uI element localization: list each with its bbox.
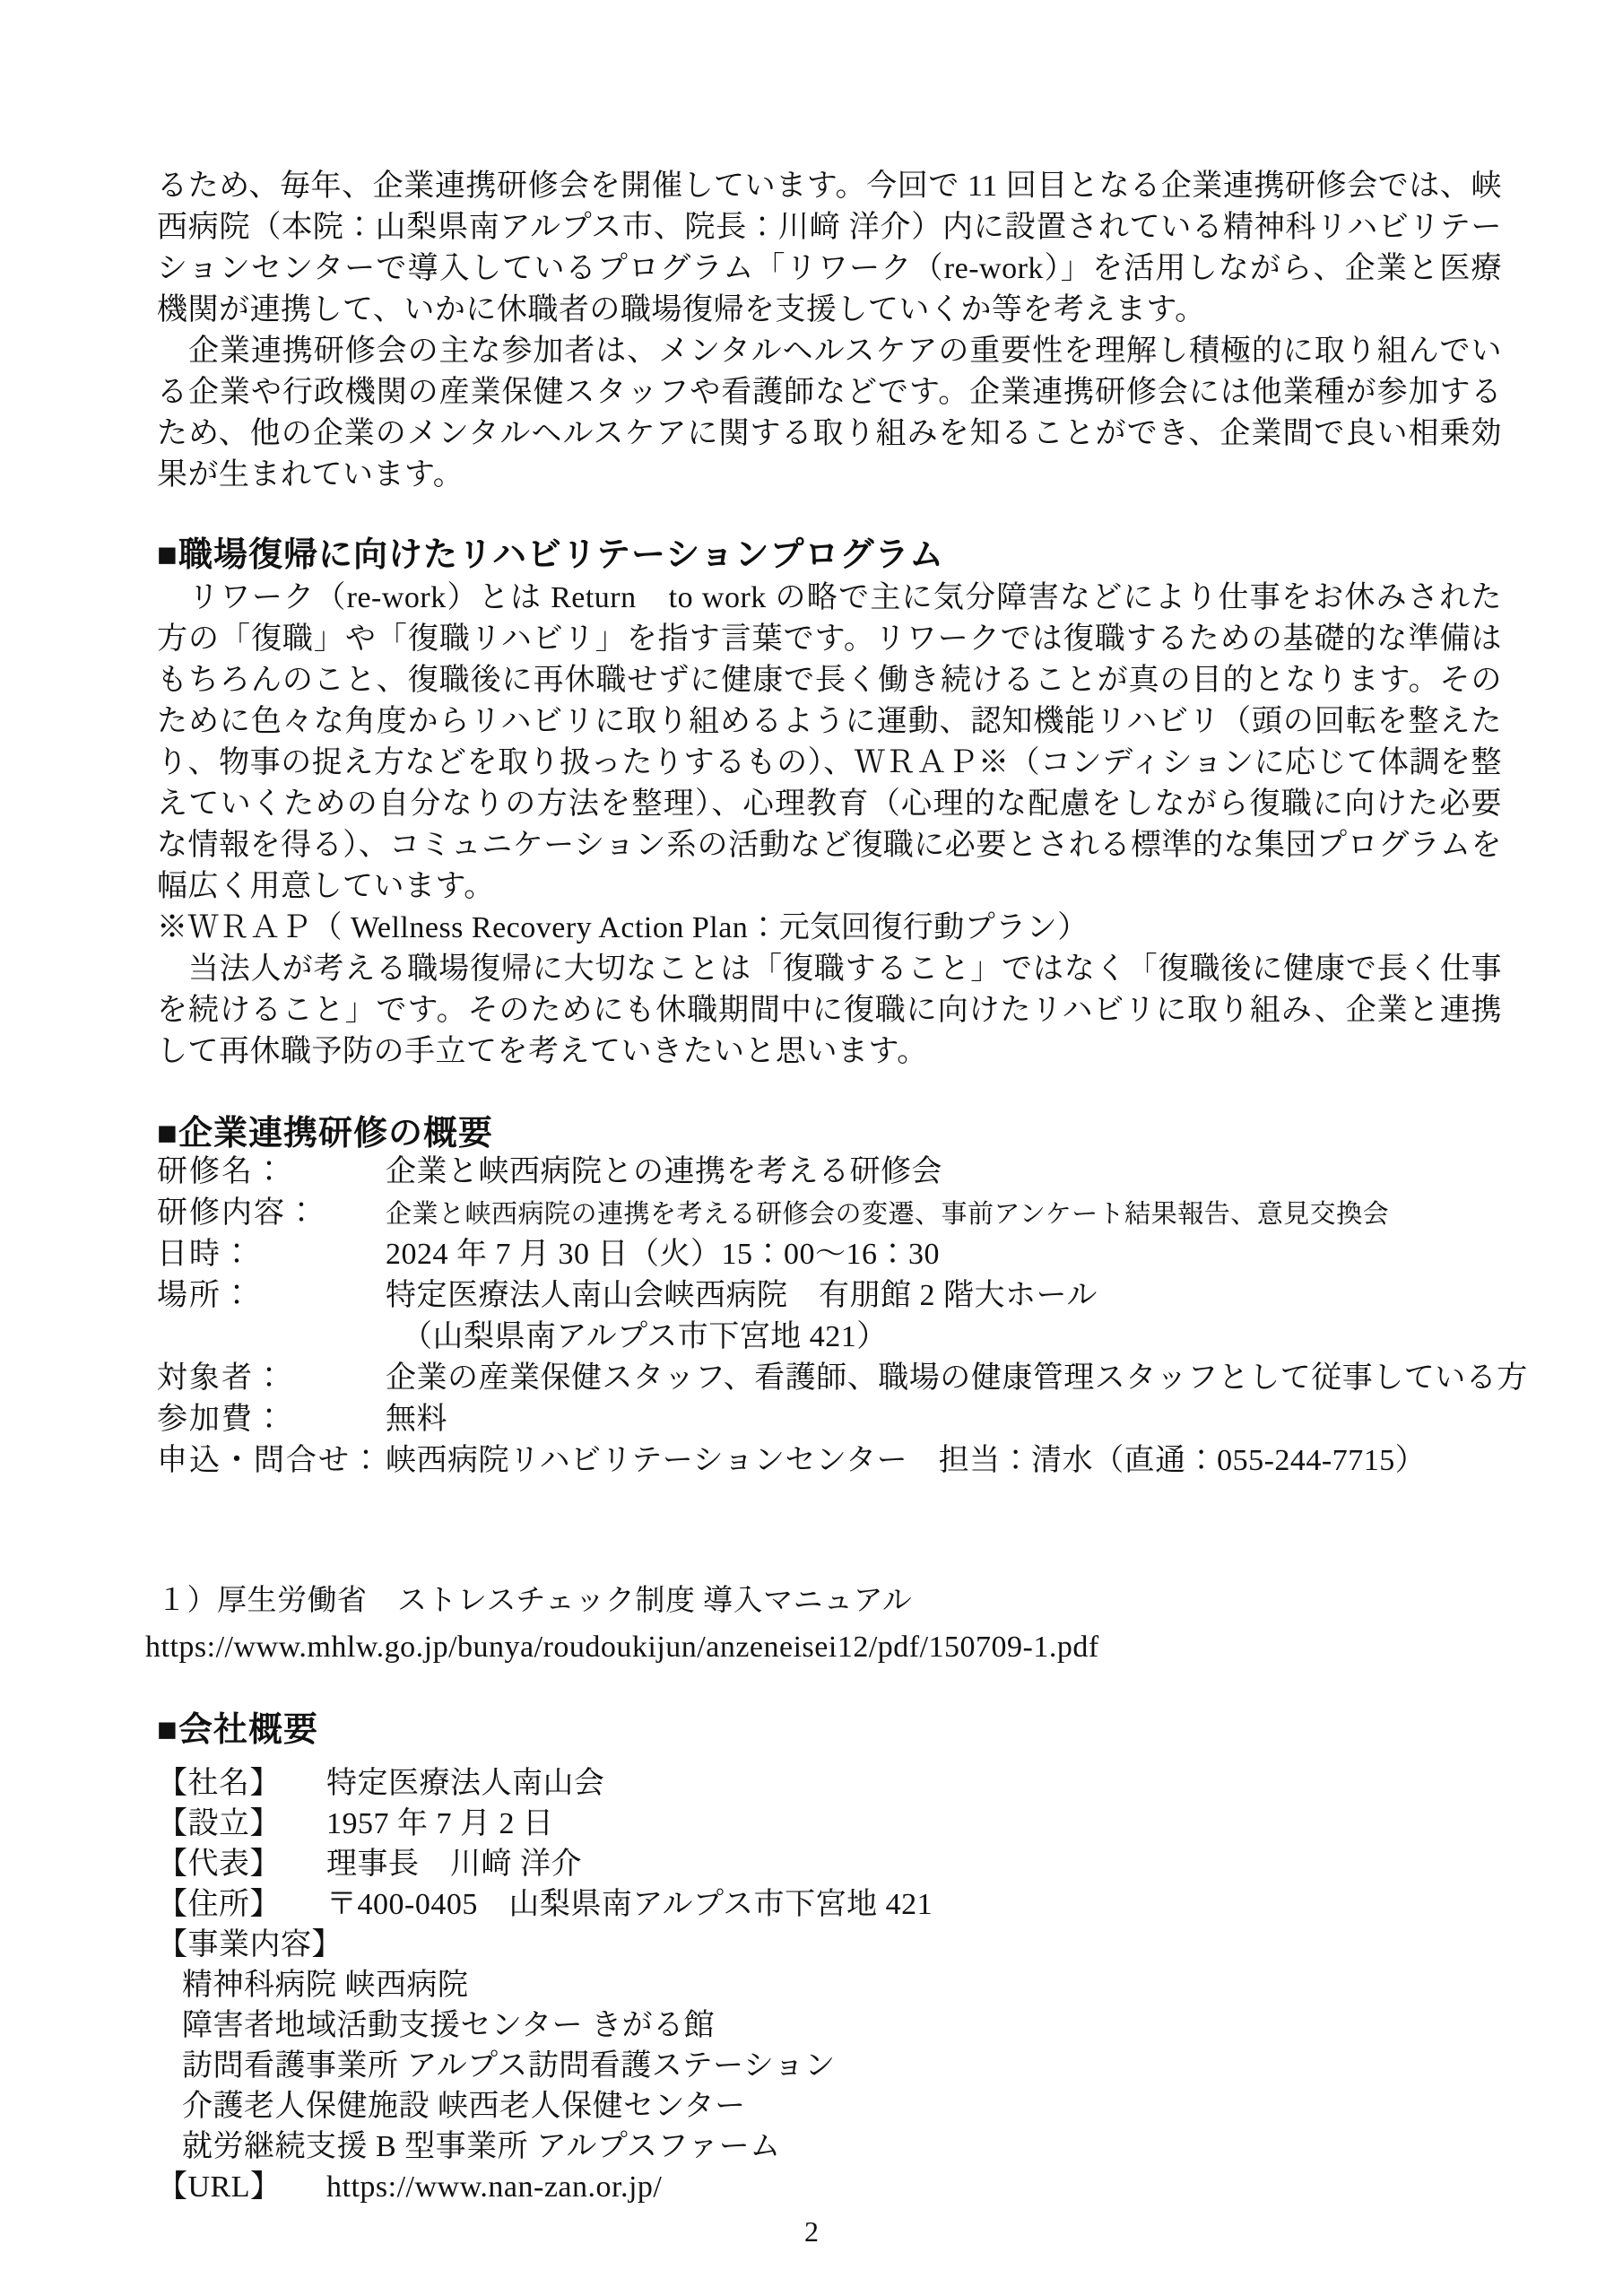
business-item-visiting-nurse: 訪問看護事業所 アルプス訪問看護ステーション <box>157 2046 1502 2086</box>
business-item-farm: 就労継続支援 B 型事業所 アルプスファーム <box>157 2126 1502 2167</box>
company-row-url: 【URL】 https://www.nan-zan.or.jp/ <box>157 2167 1502 2207</box>
company-row-founded: 【設立】 1957 年 7 月 2 日 <box>157 1804 1502 1844</box>
business-item-elderly-care: 介護老人保健施設 峡西老人保健センター <box>157 2086 1502 2126</box>
company-url-link[interactable]: https://www.nan-zan.or.jp/ <box>326 2167 662 2207</box>
overview-row-datetime: 日時： 2024 年 7 月 30 日（火）15：00～16：30 <box>157 1234 1502 1275</box>
overview-label: 申込・問合せ： <box>157 1440 386 1482</box>
overview-label: 参加費： <box>157 1399 386 1440</box>
paragraph-rework-1: リワーク（re‐work）とは Return to work の略で主に気分障害… <box>157 578 1502 908</box>
overview-label: 日時： <box>157 1234 386 1275</box>
overview-row-fee: 参加費： 無料 <box>157 1399 1502 1440</box>
section-heading-company-profile: ■会社概要 <box>157 1709 1502 1752</box>
company-profile-list: 【社名】 特定医療法人南山会 【設立】 1957 年 7 月 2 日 【代表】 … <box>157 1763 1502 2207</box>
overview-row-place-address: （山梨県南アルプス市下宮地 421） <box>157 1317 1502 1358</box>
footnote-url-link[interactable]: https://www.mhlw.go.jp/bunya/roudoukijun… <box>145 1627 1490 1668</box>
company-row-name: 【社名】 特定医療法人南山会 <box>157 1763 1502 1804</box>
overview-value: 企業と峡西病院の連携を考える研修会の変遷、事前アンケート結果報告、意見交換会 <box>386 1194 1389 1235</box>
company-value: 1957 年 7 月 2 日 <box>326 1804 554 1844</box>
overview-value: 2024 年 7 月 30 日（火）15：00～16：30 <box>386 1234 940 1275</box>
company-label: 【事業内容】 <box>157 1925 343 1965</box>
company-label: 【URL】 <box>157 2167 326 2207</box>
company-value: 特定医療法人南山会 <box>326 1763 605 1804</box>
company-row-representative: 【代表】 理事長 川﨑 洋介 <box>157 1844 1502 1884</box>
company-label: 【代表】 <box>157 1844 326 1884</box>
wrap-footnote-line: ※ＷＲＡＰ（ Wellness Recovery Action Plan：元気回… <box>157 908 1502 949</box>
overview-row-contact: 申込・問合せ： 峡西病院リハビリテーションセンター 担当：清水（直通：055-2… <box>157 1440 1502 1482</box>
paragraph-intro-2: 企業連携研修会の主な参加者は、メンタルヘルスケアの重要性を理解し積極的に取り組ん… <box>157 331 1502 496</box>
overview-row-training-content: 研修内容： 企業と峡西病院の連携を考える研修会の変遷、事前アンケート結果報告、意… <box>157 1193 1502 1234</box>
overview-row-target: 対象者： 企業の産業保健スタッフ、看護師、職場の健康管理スタッフとして従事してい… <box>157 1358 1502 1399</box>
overview-label: 研修名： <box>157 1152 386 1193</box>
page-number: 2 <box>0 2213 1623 2249</box>
business-item-hospital: 精神科病院 峡西病院 <box>157 1965 1502 2005</box>
intro-paragraphs: るため、毎年、企業連携研修会を開催しています。今回で 11 回目となる企業連携研… <box>157 166 1502 496</box>
overview-value: 峡西病院リハビリテーションセンター 担当：清水（直通：055-244-7715） <box>386 1440 1426 1482</box>
company-label: 【住所】 <box>157 1884 326 1925</box>
overview-value: 特定医療法人南山会峡西病院 有朋館 2 階大ホール <box>386 1275 1098 1317</box>
company-value: 〒400-0405 山梨県南アルプス市下宮地 421 <box>326 1884 933 1925</box>
section-heading-rework-program: ■職場復帰に向けたリハビリテーションプログラム <box>157 534 1502 577</box>
company-row-address: 【住所】 〒400-0405 山梨県南アルプス市下宮地 421 <box>157 1884 1502 1925</box>
company-row-business-header: 【事業内容】 <box>157 1925 1502 1965</box>
company-label: 【設立】 <box>157 1804 326 1844</box>
overview-value: 無料 <box>386 1399 447 1440</box>
overview-label: 対象者： <box>157 1358 386 1399</box>
overview-label: 場所： <box>157 1275 386 1317</box>
overview-value: 企業と峡西病院との連携を考える研修会 <box>386 1152 942 1193</box>
company-value: 理事長 川﨑 洋介 <box>326 1844 582 1884</box>
overview-label: 研修内容： <box>157 1193 386 1234</box>
section-heading-training-overview: ■企業連携研修の概要 <box>157 1112 1502 1155</box>
overview-row-place: 場所： 特定医療法人南山会峡西病院 有朋館 2 階大ホール <box>157 1275 1502 1317</box>
business-item-support-center: 障害者地域活動支援センター きがる館 <box>157 2005 1502 2046</box>
overview-row-training-name: 研修名： 企業と峡西病院との連携を考える研修会 <box>157 1152 1502 1193</box>
footnote-reference: １）厚生労働省 ストレスチェック制度 導入マニュアル <box>157 1580 1502 1622</box>
overview-value: 企業の産業保健スタッフ、看護師、職場の健康管理スタッフとして従事している方 <box>386 1358 1528 1399</box>
overview-value: （山梨県南アルプス市下宮地 421） <box>386 1317 888 1358</box>
rework-program-body: リワーク（re‐work）とは Return to work の略で主に気分障害… <box>157 578 1502 1073</box>
company-label: 【社名】 <box>157 1763 326 1804</box>
paragraph-intro-1: るため、毎年、企業連携研修会を開催しています。今回で 11 回目となる企業連携研… <box>157 166 1502 331</box>
paragraph-rework-2: 当法人が考える職場復帰に大切なことは「復職すること」ではなく「復職後に健康で長く… <box>157 949 1502 1073</box>
training-overview-list: 研修名： 企業と峡西病院との連携を考える研修会 研修内容： 企業と峡西病院の連携… <box>157 1152 1502 1482</box>
document-page: るため、毎年、企業連携研修会を開催しています。今回で 11 回目となる企業連携研… <box>0 0 1623 2296</box>
